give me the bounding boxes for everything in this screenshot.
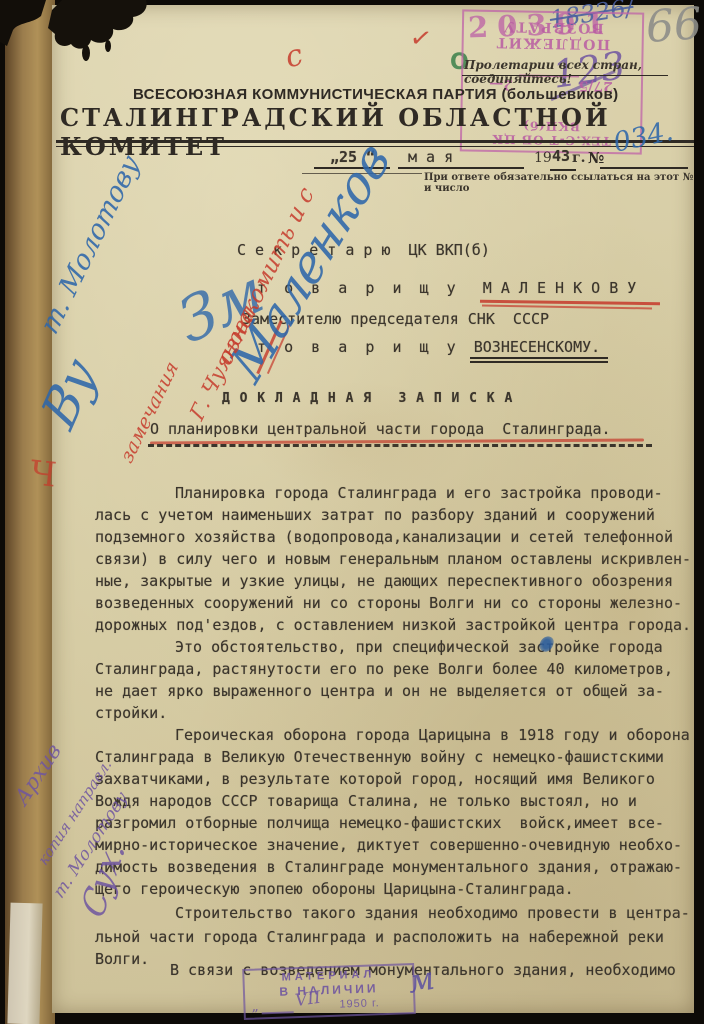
scanned-document: 66 20391 18326/ 123 ✓ О ТЕХ.С-Т ОБ ЦК ВК…: [0, 0, 704, 1024]
body-line: не дает ярко выраженного центра и он не …: [95, 684, 664, 699]
date-underline-3: [550, 169, 576, 171]
body-line: дорожных под'ездов, с оставлением низкой…: [95, 618, 691, 633]
body-line: димость возведения в Сталинграде монумен…: [95, 860, 682, 875]
return-stamp-title: ПОДЛЕЖИТ ВОЗВРАТУ: [464, 17, 643, 52]
date-month: м а я: [408, 150, 453, 165]
body-line: мирно-историческое значение, диктует сов…: [95, 838, 682, 853]
material-stamp-year: 1950 г.: [339, 997, 380, 1010]
red-margin-mark: Ч: [28, 456, 58, 493]
date-year-suffix: г.: [572, 150, 585, 166]
body-line: Строительство такого здания необходимо п…: [175, 906, 690, 921]
stamp-handwritten-mark: м: [405, 962, 437, 998]
body-line: связи) в силу чего и новым генеральным п…: [95, 552, 691, 567]
body-line: подземного хозяйства (водопровода,канали…: [95, 530, 673, 545]
party-line: ВСЕСОЮЗНАЯ КОММУНИСТИЧЕСКАЯ ПАРТИЯ (боль…: [133, 86, 618, 103]
body-line: Сталинграда, растянутости его по реке Во…: [95, 662, 673, 677]
page-edge-strip: [5, 0, 55, 1024]
material-stamp-blank: [262, 1011, 294, 1014]
addressee-line-4: т о в а р и щ у ВОЗНЕСЕНСКОМУ.: [257, 340, 600, 355]
body-line: Сталинграда в Великую Отечественную войн…: [95, 750, 664, 765]
material-stamp-quote: „: [251, 998, 259, 1014]
body-line: стройки.: [95, 706, 167, 721]
body-line: Волги.: [95, 952, 149, 967]
body-line: Героическая оборона города Царицына в 19…: [175, 728, 690, 743]
ink-blot: [48, 0, 168, 80]
date-year-typed: 43: [552, 149, 570, 164]
date-underline-2: [398, 167, 524, 169]
torn-paper-strip: [7, 903, 42, 1024]
body-line: щего героическую эпопею обороны Царицына…: [95, 882, 574, 897]
voznesensky-underline-2: [470, 361, 608, 363]
date-underline-4: [600, 167, 688, 169]
doc-number-sign: №: [588, 149, 604, 167]
reference-note: При ответе обязательно ссылаться на этот…: [424, 172, 704, 194]
page-number-pencil: 66: [644, 2, 703, 50]
body-line: захватчиками, в результате которой город…: [95, 772, 655, 787]
date-year-prefix: 19: [534, 150, 552, 166]
body-line: Это обстоятельство, при специфической за…: [175, 640, 663, 655]
voznesensky-underline-1: [470, 357, 608, 359]
body-line: Планировка города Сталинграда и его заст…: [175, 486, 663, 501]
red-check-mark: ✓: [408, 24, 434, 53]
doc-subtitle: О планировки центральной части города Ст…: [150, 422, 611, 437]
body-line: возведенных сооружений ни со стороны Вол…: [95, 596, 682, 611]
material-stamp-month-written: VII: [294, 990, 322, 1010]
subtitle-underline-dashed: [148, 444, 652, 447]
body-line: разгромил отборные полчища немецко-фашис…: [95, 816, 664, 831]
body-line: льной части города Сталинграда и располо…: [95, 930, 664, 945]
header-rule-top: [56, 140, 694, 143]
slogan: Пролетарии всех стран, соединяйтесь!: [464, 58, 704, 86]
body-line: ные, закрытые и узкие улицы, не дающих п…: [95, 574, 673, 589]
slogan-underline: [462, 75, 668, 76]
material-stamp: МАТЕРИАЛ В НАЛИЧИИ „ VII 1950 г.: [242, 963, 416, 1020]
ink-blot-corner: [0, 0, 48, 60]
body-line: Вождя народов СССР товарища Сталина, не …: [95, 794, 637, 809]
doc-title: Д О К Л А Д Н А Я З А П И С К А: [222, 392, 513, 405]
body-line: лась с учетом наименьших затрат по разбо…: [95, 508, 655, 523]
